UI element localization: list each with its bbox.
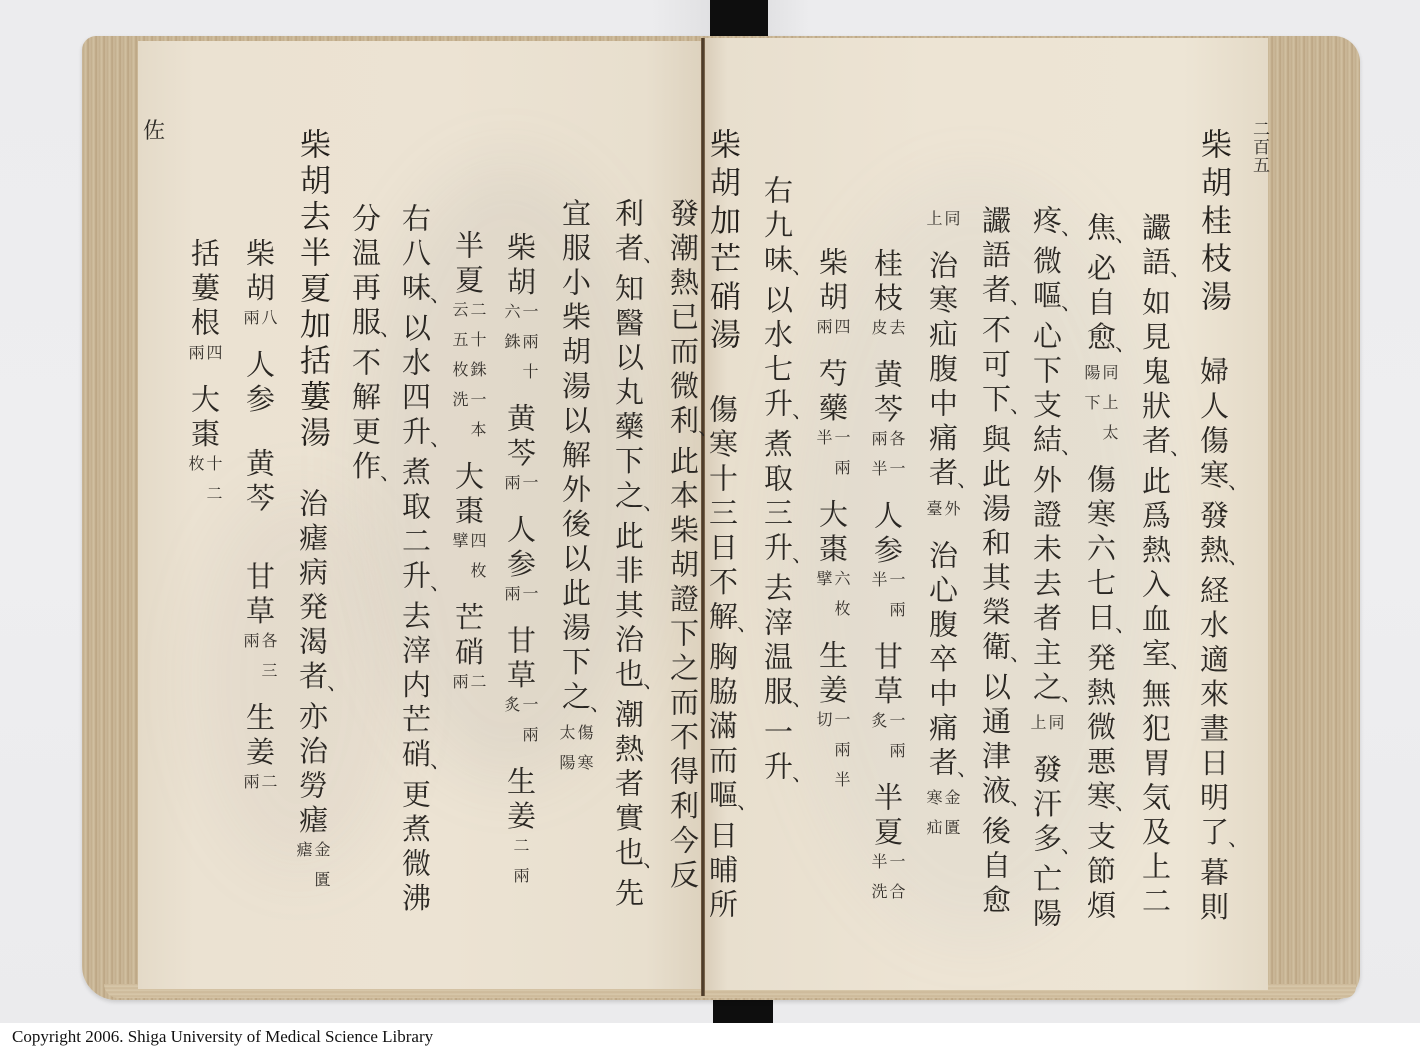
dosage-note: 二十銖一本 云五枚洗 [450, 301, 486, 451]
note-line: 同 [1046, 714, 1064, 744]
dosage-note: 二 兩 [241, 773, 277, 803]
column-text: 發潮熱已而微利、此本柴胡證下之而不得利今反 [665, 198, 701, 894]
ingredient-name: 芍藥 [814, 358, 850, 427]
ingredient-column: 桂枝 去 皮 黄芩 各一 兩半 人参 一兩 半 甘草 一兩 炙 半夏 一合 半洗 [867, 248, 907, 923]
note-line: 陽下 [1082, 364, 1100, 424]
column-text: 治心腹卒中痛者、 [924, 540, 960, 788]
text-column: 右九味、以水七升、煮取三升、去滓温服、一升、 [757, 175, 797, 792]
ingredient-name: 人参 [869, 500, 905, 569]
dosage-note: 一兩十 六銖 [502, 303, 538, 393]
dosage-note: 一 兩 [502, 585, 538, 615]
text-column: 宜服小柴胡湯以解外後以此湯下之、 傷寒 太陽 [555, 198, 595, 794]
interlinear-note: 同上太 陽下 [1082, 364, 1118, 454]
dosage-note: 二 兩 [450, 673, 486, 703]
ingredient-name: 黄芩 [502, 403, 538, 472]
column-text: 讝語者、不可下、與此湯和其榮衛、以通津液、後自愈 [977, 205, 1013, 919]
note-line: 一兩 [520, 696, 538, 756]
dosage-note: 一 兩 [502, 474, 538, 504]
column-text: 發汗多、亡陽 [1028, 754, 1064, 933]
text-column: 利者、知醫以丸藥下之、此非其治也、潮熱者實也、先 [608, 198, 648, 912]
ingredient-name: 大棗 [186, 384, 222, 453]
note-line: 半洗 [869, 853, 887, 913]
note-line: 兩半 [869, 430, 887, 490]
text-column: 讝語、如見鬼狀者、此爲熱入血室、無犯胃気及上二 [1135, 212, 1175, 920]
note-line: 兩 [241, 773, 259, 803]
note-line: 兩 [502, 474, 520, 504]
note-line: 外 [942, 500, 960, 530]
note-line: 一兩十 [520, 303, 538, 393]
column-text: 右八味、以水四升、煮取二升、去滓内芒硝、更煮微沸 [397, 203, 433, 917]
note-line: 一兩半 [832, 711, 850, 801]
page-number: 二百五 [1247, 120, 1269, 174]
note-line: 各三 [259, 632, 277, 692]
ingredient-column: 柴胡 八 兩 人参 黄芩 甘草 各三 兩 生姜 二 兩 [239, 238, 279, 813]
ingredient-column: 半夏 二十銖一本 云五枚洗 大棗 四枚 擘 芒硝 二 兩 [448, 230, 488, 713]
dosage-note: 一兩 炙 [502, 696, 538, 756]
column-text: 焦、必自愈、 [1082, 212, 1118, 362]
note-line: 去 [887, 319, 905, 349]
note-line: 兩 [186, 344, 204, 374]
note-line: 擘 [814, 570, 832, 600]
dosage-note: 二兩 [511, 837, 529, 897]
dosage-note: 各三 兩 [241, 632, 277, 692]
dosage-note: 一兩 半 [869, 571, 905, 631]
formula-title: 柴胡桂枝湯 [1195, 128, 1231, 318]
ingredient-column: 柴胡 四 兩 芍藥 一兩 半 大棗 六枚 擘 生姜 一兩半 切 [812, 247, 852, 811]
dosage-note: 一兩 炙 [869, 712, 905, 772]
text-column: 疼、微嘔、心下支結、外證未去者主之、 同 上 發汗多、亡陽 [1026, 205, 1066, 933]
formula-title: 柴胡加芒硝湯 [704, 128, 740, 356]
dosage-note: 八 兩 [241, 309, 277, 339]
note-line: 半 [869, 571, 887, 601]
note-line: 傷寒 [575, 724, 593, 784]
note-line: 各一 [887, 430, 905, 490]
text-column: 右八味、以水四升、煮取二升、去滓内芒硝、更煮微沸 [395, 203, 435, 917]
note-line: 臺 [924, 500, 942, 530]
interlinear-note: 外 臺 [924, 500, 960, 530]
note-line: 十二 [204, 455, 222, 515]
note-line: 一 [520, 474, 538, 504]
text-column: 柴胡桂枝湯 婦人傷寒、發熱、経水適來晝日明了、暮則 [1193, 128, 1233, 926]
note-line: 炙 [502, 696, 520, 726]
ingredient-name: 半夏 [869, 782, 905, 851]
note-line: 枚 [186, 455, 204, 485]
column-text: 利者、知醫以丸藥下之、此非其治也、潮熱者實也、先 [610, 198, 646, 912]
note-line: 二兩 [511, 837, 529, 897]
text-column: 同 上 治寒疝腹中痛者、 外 臺 治心腹卒中痛者、 金匱 寒疝 [922, 208, 962, 859]
ingredient-name: 柴胡 [241, 238, 277, 307]
interlinear-note: 金匱 瘧 [294, 841, 330, 901]
note-line: 上 [924, 210, 942, 240]
note-line: 兩 [241, 632, 259, 662]
column-text: 傷寒六七日、発熱微悪寒、支節煩 [1082, 464, 1118, 925]
interlinear-note: 金匱 寒疝 [924, 789, 960, 849]
dosage-note: 一合 半洗 [869, 853, 905, 913]
text-column: 發潮熱已而微利、此本柴胡證下之而不得利今反 [663, 198, 703, 894]
column-text: 治瘧病発渴者、亦治勞瘧 [294, 488, 330, 839]
note-line: 兩 [814, 318, 832, 348]
ingredient-name: 生姜 [502, 766, 538, 835]
note-line: 一合 [887, 853, 905, 913]
note-line: 擘 [450, 532, 468, 562]
column-text: 婦人傷寒、發熱、経水適來晝日明了、暮則 [1195, 356, 1231, 926]
note-line: 同上太 [1100, 364, 1118, 454]
ingredient-name: 人参 [241, 349, 277, 418]
column-text: 傷寒十三日不解、胸脇滿而嘔、日晡所 [704, 394, 740, 924]
margin-mark: 佐 [143, 114, 165, 145]
dosage-note: 一兩半 切 [814, 711, 850, 801]
interlinear-note: 同 上 [924, 210, 960, 240]
ingredient-column: 括蔞根 四 兩 大棗 十二 枚 [184, 238, 224, 525]
note-line: 炙 [869, 712, 887, 742]
note-line: 一 [520, 585, 538, 615]
ingredient-column: 柴胡 一兩十 六銖 黄芩 一 兩 人参 一 兩 甘草 一兩 炙 生姜 二兩 [500, 232, 540, 907]
text-column: 柴胡加芒硝湯 傷寒十三日不解、胸脇滿而嘔、日晡所 [702, 128, 742, 924]
note-line: 金匱 [312, 841, 330, 901]
note-line: 六銖 [502, 303, 520, 363]
ingredient-name: 生姜 [241, 702, 277, 771]
ingredient-name: 人参 [502, 514, 538, 583]
note-line: 瘧 [294, 841, 312, 871]
interlinear-note: 同 上 [1028, 714, 1064, 744]
note-line: 切 [814, 711, 832, 741]
note-line: 兩 [502, 585, 520, 615]
note-line: 兩 [241, 309, 259, 339]
formula-title: 柴胡去半夏加括蔞湯 [294, 128, 330, 452]
ingredient-name: 大棗 [814, 499, 850, 568]
interlinear-note: 傷寒 太陽 [557, 724, 593, 784]
note-line: 金匱 [942, 789, 960, 849]
dosage-note: 四枚 擘 [450, 532, 486, 592]
ingredient-name: 大棗 [450, 461, 486, 530]
dosage-note: 去 皮 [869, 319, 905, 349]
dosage-note: 十二 枚 [186, 455, 222, 515]
note-line: 寒疝 [924, 789, 942, 849]
text-column: 讝語者、不可下、與此湯和其榮衛、以通津液、後自愈 [975, 205, 1015, 919]
note-line: 四 [832, 318, 850, 348]
note-line: 一兩 [887, 712, 905, 772]
text-column: 焦、必自愈、 同上太 陽下 傷寒六七日、発熱微悪寒、支節煩 [1080, 212, 1120, 925]
note-line: 同 [942, 210, 960, 240]
note-line: 四 [204, 344, 222, 374]
ingredient-name: 黄芩 [241, 448, 277, 517]
note-line: 一兩 [887, 571, 905, 631]
ingredient-name: 芒硝 [450, 602, 486, 671]
text-column: 柴胡去半夏加括蔞湯 治瘧病発渴者、亦治勞瘧 金匱 瘧 [292, 128, 332, 911]
note-line: 一兩 [832, 429, 850, 489]
ingredient-name: 柴胡 [814, 247, 850, 316]
ingredient-name: 甘草 [502, 625, 538, 694]
ingredient-name: 甘草 [241, 561, 277, 630]
note-line: 半 [814, 429, 832, 459]
text-column: 分温再服、不解更作、 [345, 203, 385, 491]
column-text: 分温再服、不解更作、 [347, 203, 383, 491]
note-line: 六枚 [832, 570, 850, 630]
note-line: 皮 [869, 319, 887, 349]
ingredient-name: 桂枝 [869, 248, 905, 317]
dosage-note: 四 兩 [186, 344, 222, 374]
column-text: 右九味、以水七升、煮取三升、去滓温服、一升、 [759, 175, 795, 792]
column-text: 疼、微嘔、心下支結、外證未去者主之、 [1028, 205, 1064, 712]
note-line: 二十銖一本 [468, 301, 486, 451]
note-line: 八 [259, 309, 277, 339]
ingredient-name: 黄芩 [869, 359, 905, 428]
column-text: 治寒疝腹中痛者、 [924, 250, 960, 498]
column-text: 讝語、如見鬼狀者、此爲熱入血室、無犯胃気及上二 [1137, 212, 1173, 920]
note-line: 二 [468, 673, 486, 703]
note-line: 二 [259, 773, 277, 803]
note-line: 太陽 [557, 724, 575, 784]
note-line: 四枚 [468, 532, 486, 592]
note-line: 云五枚洗 [450, 301, 468, 421]
copyright-caption: Copyright 2006. Shiga University of Medi… [12, 1027, 433, 1047]
ingredient-name: 柴胡 [502, 232, 538, 301]
dosage-note: 六枚 擘 [814, 570, 850, 630]
note-line: 上 [1028, 714, 1046, 744]
ingredient-name: 半夏 [450, 230, 486, 299]
note-line: 兩 [450, 673, 468, 703]
ingredient-name: 甘草 [869, 641, 905, 710]
ingredient-name: 括蔞根 [186, 238, 222, 342]
ingredient-name: 生姜 [814, 640, 850, 709]
dosage-note: 各一 兩半 [869, 430, 905, 490]
column-text: 宜服小柴胡湯以解外後以此湯下之、 [557, 198, 593, 722]
dosage-note: 一兩 半 [814, 429, 850, 489]
dosage-note: 四 兩 [814, 318, 850, 348]
